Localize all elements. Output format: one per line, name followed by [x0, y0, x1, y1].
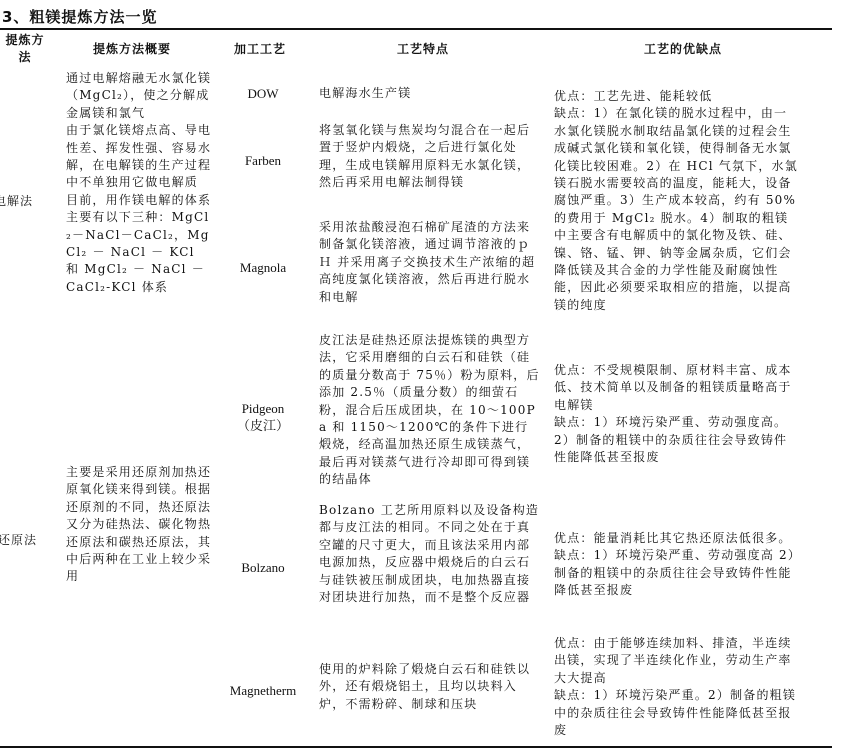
header-overview: 提炼方法概要 [93, 40, 171, 57]
process-dow: DOW [218, 85, 308, 102]
overview-reduction: 主要是采用还原剂加热还原氧化镁来得到镁。根据还原剂的不同，热还原法又分为硅热法、… [66, 464, 212, 586]
table-bottom-rule [0, 746, 832, 748]
features-farben: 将氢氧化镁与焦炭均匀混合在一起后置于竖炉内煅烧，之后进行氯化处理，生成电镁解用原… [319, 122, 541, 192]
features-bolzano: Bolzano 工艺所用原料以及设备构造都与皮江法的相同。不同之处在于真空罐的尺… [319, 502, 541, 606]
process-bolzano: Bolzano [218, 559, 308, 576]
table-top-rule [0, 28, 832, 30]
pros-cons-bolzano: 优点：能量消耗比其它热还原法低很多。 缺点：1）环境污染严重、劳动强度高 2）制… [554, 530, 800, 600]
features-pidgeon: 皮江法是硅热还原法提炼镁的典型方法，它采用磨细的白云石和硅铁（硅的质量分数高于 … [319, 332, 541, 489]
header-method: 提炼方 法 [0, 32, 50, 66]
method-electrolysis: 电解法 [0, 192, 33, 209]
features-dow: 电解海水生产镁 [319, 85, 541, 102]
document-title: 3、粗镁提炼方法一览 [2, 6, 157, 27]
process-magnola: Magnola [218, 259, 308, 276]
pros-cons-pidgeon: 优点：不受规模限制、原材料丰富、成本低、技术简单以及制备的粗镁质量略高于电解镁 … [554, 362, 800, 466]
method-reduction: 还原法 [0, 531, 37, 548]
features-magnetherm: 使用的炉料除了煅烧白云石和硅铁以外，还有煅烧铝土，且均以块料入炉，不需粉碎、制球… [319, 661, 541, 713]
pros-cons-magnetherm: 优点：由于能够连续加料、排渣，半连续出镁，实现了半连续化作业，劳动生产率大大提高… [554, 635, 800, 739]
header-process: 加工工艺 [234, 40, 286, 57]
header-features: 工艺特点 [397, 40, 449, 57]
process-pidgeon: Pidgeon （皮江） [218, 400, 308, 434]
features-magnola: 采用浓盐酸浸泡石棉矿尾渣的方法来制备氯化镁溶液，通过调节溶液的ｐＨ 并采用离子交… [319, 219, 541, 306]
process-magnetherm: Magnetherm [218, 682, 308, 699]
header-pros-cons: 工艺的优缺点 [644, 40, 722, 57]
pros-cons-electrolysis: 优点：工艺先进、能耗较低 缺点：1）在氯化镁的脱水过程中，由一水氯化镁脱水制取结… [554, 88, 800, 314]
overview-electrolysis: 通过电解熔融无水氯化镁（MgCl₂），使之分解成金属镁和氯气 由于氯化镁熔点高、… [66, 70, 212, 296]
process-farben: Farben [218, 152, 308, 169]
